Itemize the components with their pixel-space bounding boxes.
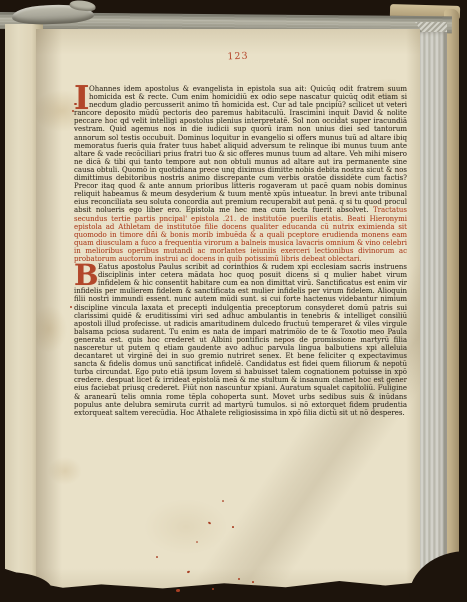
folio-number: 123 (220, 50, 256, 62)
book-photo: 123 IOhannes idem apostolus & evangelist… (0, 0, 467, 602)
rubricated-initial-B: B (74, 264, 96, 287)
text-block: IOhannes idem apostolus & evangelista in… (74, 85, 407, 417)
epistle-opening-text: Eatus apostolus Paulus scribit ad corint… (74, 263, 407, 417)
initial-flourish-dot (72, 110, 74, 112)
ink-speck (252, 581, 254, 583)
epistle-opening-paragraph: BEatus apostolus Paulus scribit ad corin… (74, 263, 407, 417)
initial-flourish-dot (74, 103, 77, 105)
page-edges-stack (416, 32, 447, 578)
ink-speck (156, 556, 158, 558)
letter-end-paragraph: IOhannes idem apostolus & evangelista in… (74, 85, 407, 263)
letter-end-text: Ohannes idem apostolus & evangelista in … (74, 85, 407, 214)
ink-speck (212, 588, 214, 590)
ink-speck (238, 578, 240, 580)
ink-speck (196, 541, 198, 543)
ink-speck (222, 500, 224, 502)
initial-flourish-dot (70, 306, 72, 308)
ink-speck (232, 526, 234, 528)
rubricated-initial-I: I (74, 85, 87, 109)
rubric-heading: Beati Hieronymi epistola ad Athletam de … (74, 215, 407, 263)
ink-speck (176, 589, 180, 592)
